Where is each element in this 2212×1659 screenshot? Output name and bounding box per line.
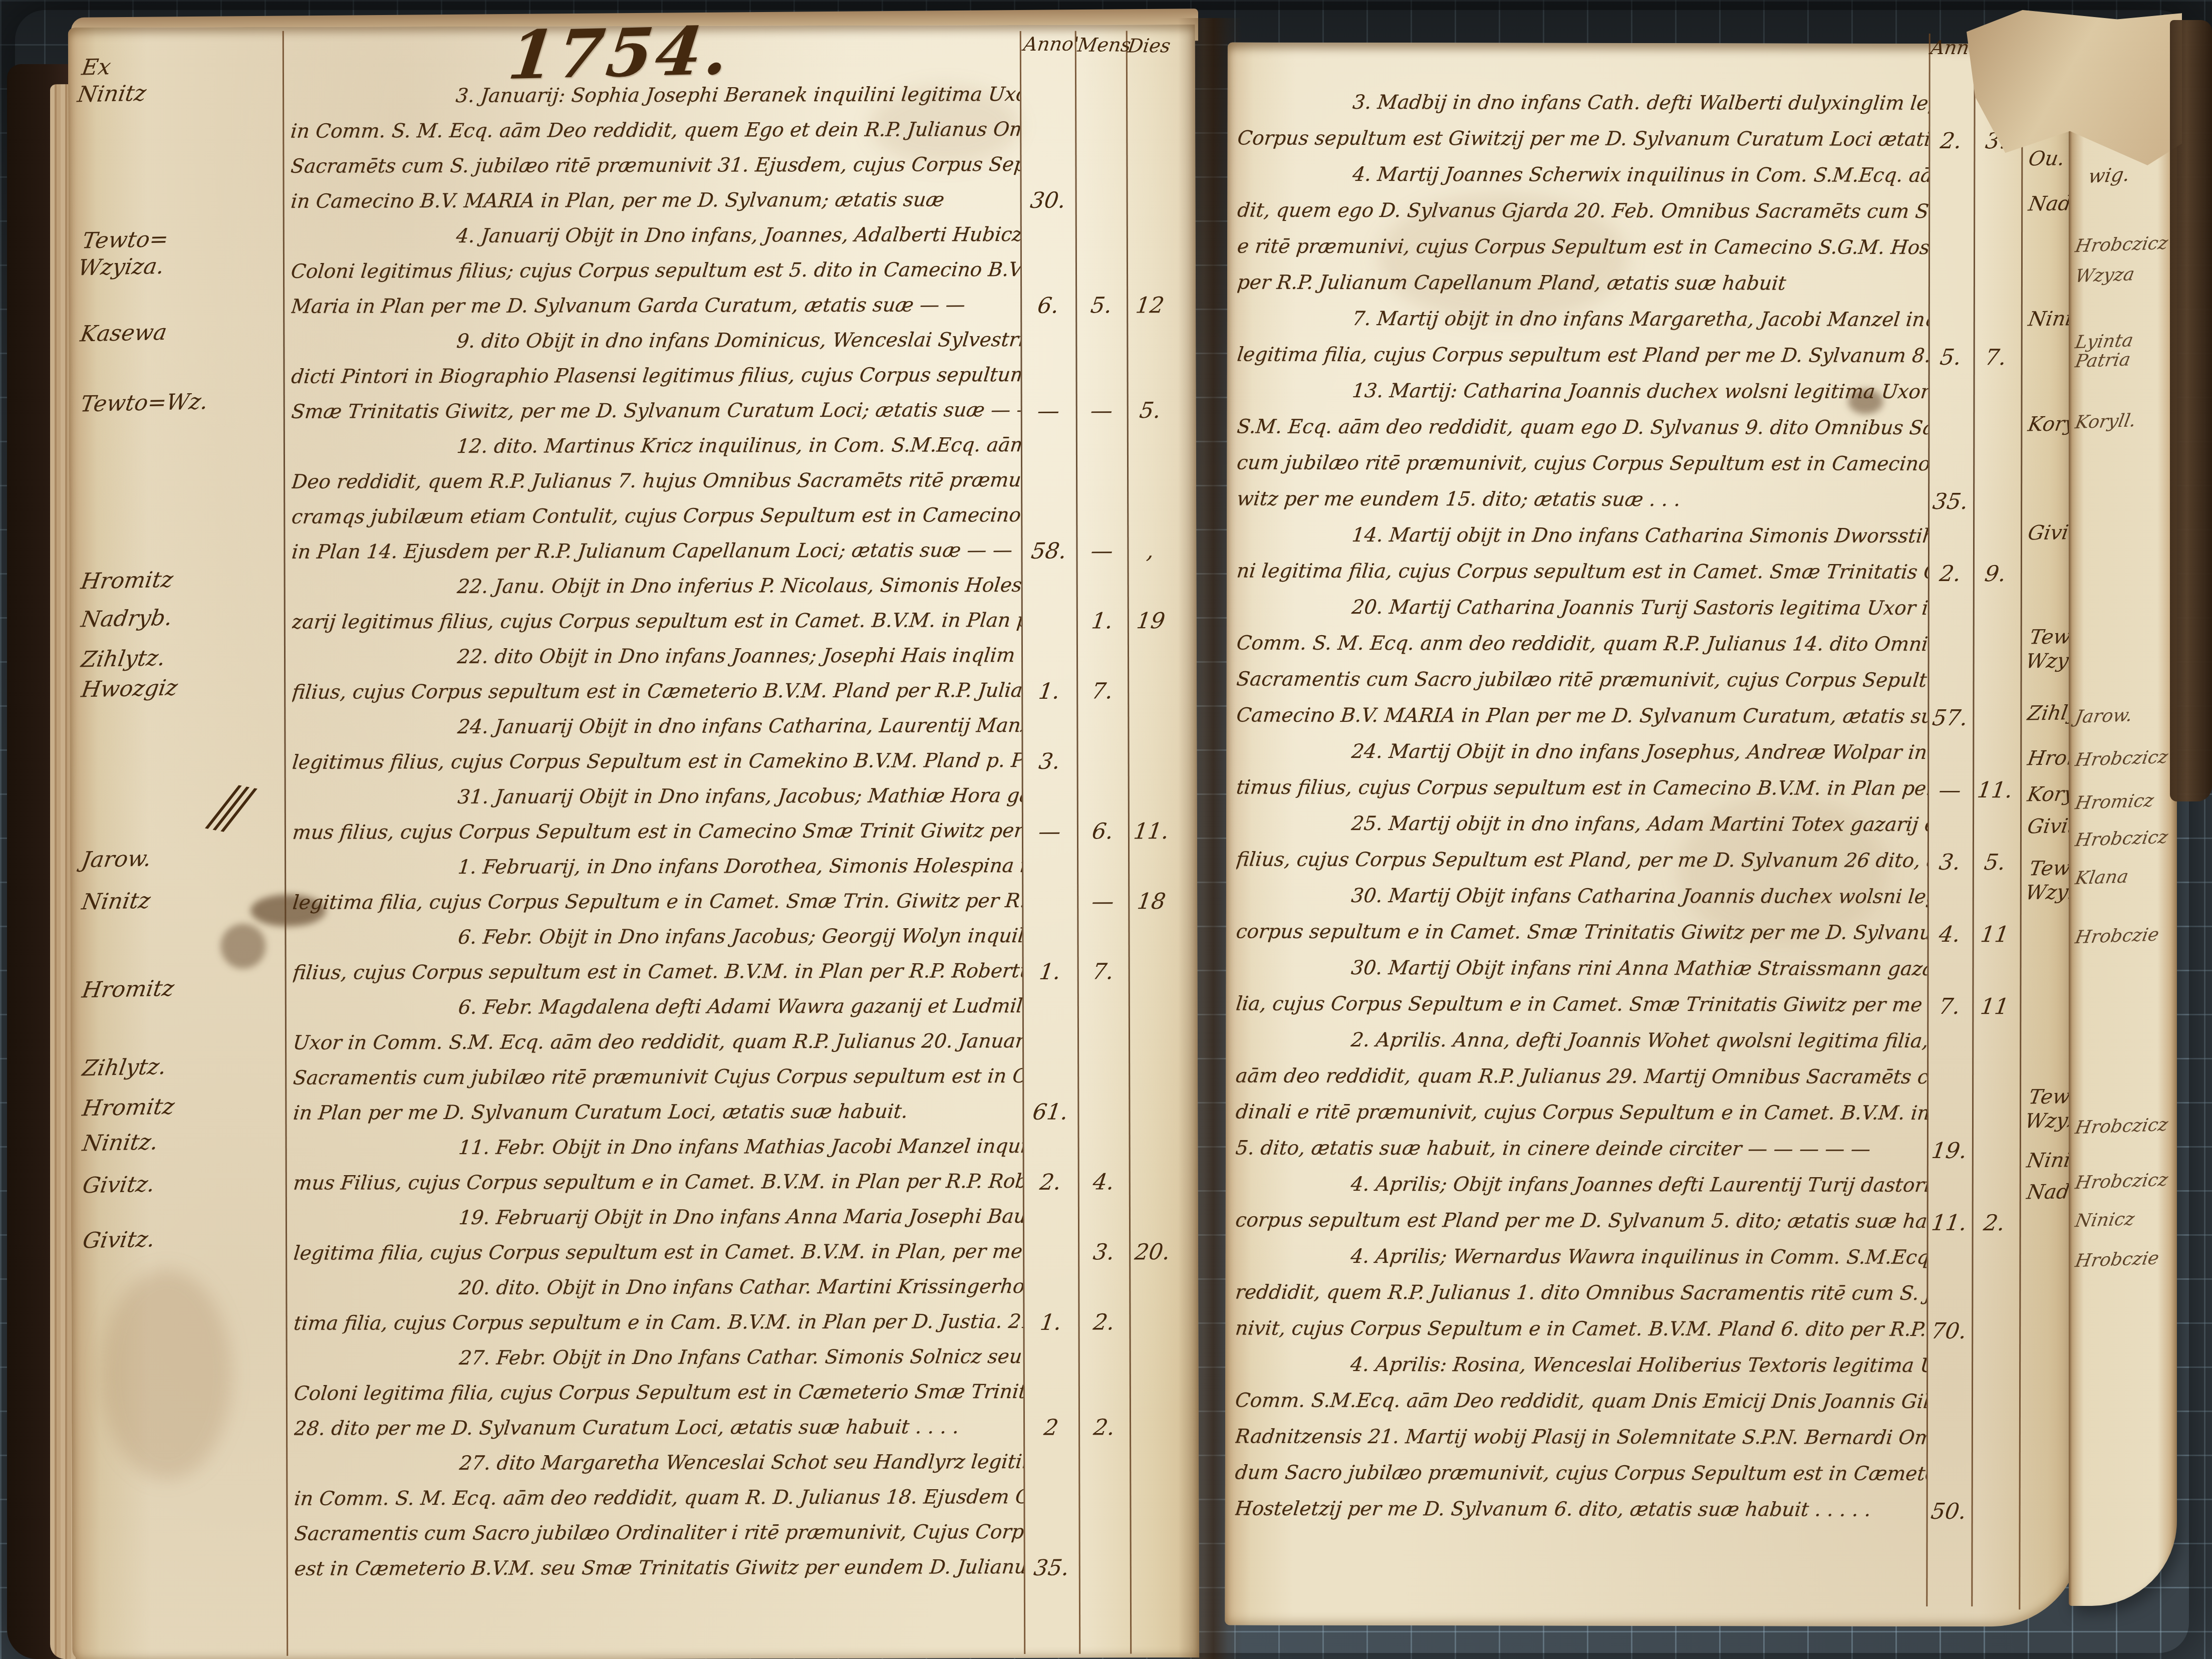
age-anno-value: 2. (1926, 561, 1974, 591)
age-anno-value: 61. (1020, 1099, 1079, 1129)
entry-line: 13. Martij: Catharina Joannis duchex wol… (1237, 373, 1928, 410)
margin-place-name: Ninitz. (81, 1126, 288, 1157)
entry-line: 6. Febr. Obijt in Dno infans Jacobus; Ge… (293, 919, 1022, 956)
entry-text: 3. Madbij in dno infans Cath. defti Walb… (1237, 85, 1928, 158)
age-dies-value: 5. (1125, 398, 1175, 427)
register-entry: 31. Januarij Obijt in Dno infans, Jacobu… (293, 778, 1174, 851)
entry-line: in Camecino B.V. MARIA in Plan, per me D… (291, 182, 1020, 219)
age-mens-value (1077, 1125, 1129, 1129)
age-mens-value: 2. (1076, 1309, 1131, 1339)
following-pages-edge: gerrn.wig. HrobcziczWzyzaLyintaPatriaKor… (2069, 64, 2177, 1606)
register-entry: 7. Martij obijt in dno infans Margaretha… (1237, 301, 2019, 375)
age-mens-value (1972, 298, 2019, 302)
entry-line: Maria in Plan per me D. Sylvanum Garda C… (291, 288, 1021, 325)
entry-line: mus filius, cujus Corpus Sepultum est in… (293, 813, 1022, 851)
margin-place-name: Hwozgiz (79, 672, 287, 703)
entry-text: 19. Februarij Obijt in Dno infans Anna M… (294, 1199, 1023, 1271)
register-entry: 3. Madbij in dno infans Cath. defti Walb… (1237, 85, 2019, 158)
margin-place-name-line: Tewto=Wz. (79, 387, 286, 418)
age-anno-value: 70. (1924, 1318, 1973, 1348)
margin-place-name-line: Jarow. (80, 843, 287, 874)
entry-line: legitima filia, cujus Corpus sepultum es… (294, 1234, 1023, 1271)
register-entry: 27. Febr. Obijt in Dno Infans Cathar. Si… (294, 1339, 1176, 1447)
dies-column-header: Dies (1127, 35, 1172, 57)
edge-margin-place-name: Hrobczie (2074, 924, 2173, 948)
entry-line: aām deo reddidit, quam R.P. Julianus 29.… (1236, 1058, 1927, 1095)
age-mens-value: 3. (1076, 1239, 1131, 1269)
age-anno-value: 5. (1926, 345, 1974, 374)
entry-line: 12. dito. Martinus Kricz inquilinus, in … (292, 428, 1021, 465)
edge-margin-place-name: Ninicz (2074, 1208, 2173, 1232)
margin-place-name: Tewto=Wz. (79, 387, 286, 418)
entry-line: 4. Aprilis: Rosina, Wenceslai Holiberius… (1235, 1347, 1927, 1384)
edge-text-fragment: wig. (2087, 163, 2131, 187)
entry-line: Comm. S.M.Ecq. aām Deo reddidit, quam Dn… (1235, 1383, 1927, 1420)
edge-margin-place-name: Hrobczicz (2074, 233, 2173, 257)
entry-text: 4. Martij Joannes Scherwix inquilinus in… (1237, 157, 1929, 302)
entry-line: 14. Martij obijt in Dno infans Catharina… (1237, 517, 1928, 555)
age-mens-value: 11 (1969, 922, 2019, 951)
age-anno-value: 2. (1926, 128, 1975, 158)
entry-line: 28. dito per me D. Sylvanum Curatum Loci… (294, 1410, 1024, 1447)
age-dies-value (1129, 1335, 1176, 1339)
entry-line: dum Sacro jubilæo præmunivit, cujus Corp… (1235, 1455, 1927, 1492)
edge-margin-place-name: Hrobczicz (2074, 747, 2173, 771)
age-anno-value: 35. (1022, 1555, 1081, 1585)
age-mens-value (1078, 1580, 1130, 1584)
margin-place-name-line: Hromitz (80, 973, 288, 1004)
entry-line: reddidit, quem R.P. Julianus 1. dito Omn… (1235, 1275, 1926, 1312)
entry-line: mus Filius, cujus Corpus sepultum e in C… (294, 1164, 1023, 1201)
entry-line: zarij legitimus filius, cujus Corpus sep… (292, 603, 1021, 640)
age-anno-value: 35. (1926, 489, 1974, 518)
entry-line: Deo reddidit, quem R.P. Julianus 7. huju… (292, 463, 1021, 500)
mens-column-header: Mens (1076, 34, 1132, 56)
entry-line: 24. Januarij Obijt in dno infans Cathari… (292, 708, 1021, 745)
age-dies-value: 20. (1127, 1239, 1177, 1269)
age-mens-value: — (1075, 889, 1130, 918)
register-entry: 24. Januarij Obijt in dno infans Cathari… (292, 708, 1174, 780)
entry-line: dinali e ritē præmunivit, cujus Corpus S… (1236, 1094, 1927, 1132)
margin-place-name-line: Zihlytz. (80, 1051, 288, 1082)
register-entry: 4. Aprilis; Wernardus Wawra inquilinus i… (1235, 1239, 2017, 1348)
entry-line: in Plan 14. Ejusdem per R.P. Julianum Ca… (292, 533, 1021, 570)
entry-line: 7. Martij obijt in dno infans Margaretha… (1237, 301, 1928, 338)
margin-place-name-line: Hromitz (81, 1091, 288, 1122)
edge-margin-place-name: Hrobczicz (2074, 827, 2173, 851)
age-anno-value: 57. (1925, 705, 1974, 735)
edge-margin-place-name: Patria (2074, 348, 2173, 372)
entry-line: 30. Martij Obijt infans Catharina Joanni… (1236, 878, 1927, 915)
entry-line: legitimus filius, cujus Corpus Sepultum … (292, 743, 1021, 780)
entry-line: 31. Januarij Obijt in Dno infans, Jacobu… (293, 778, 1022, 815)
register-entry: 13. Martij: Catharina Joannis duchex wol… (1237, 373, 2019, 519)
entry-text: 30. Martij Obijt infans Catharina Joanni… (1236, 878, 1927, 951)
register-entry: 4. Aprilis: Rosina, Wenceslai Holiberius… (1235, 1347, 2017, 1529)
entry-line: dicti Pintori in Biographio Plasensi leg… (291, 358, 1021, 395)
edge-margin-place-name: Hrobczicz (2074, 1115, 2173, 1139)
margin-place-name-line: Givitz. (81, 1223, 288, 1254)
entry-line: nivit, cujus Corpus Sepultum e in Camet.… (1235, 1311, 1926, 1348)
entry-line: Corpus sepultum est Giwitzij per me D. S… (1237, 121, 1928, 158)
entry-text: 4. Aprilis: Rosina, Wenceslai Holiberius… (1235, 1347, 1927, 1528)
entry-line: timus filius, cujus Corpus sepultum est … (1236, 770, 1927, 807)
age-mens-value (1075, 213, 1127, 217)
entry-text: 7. Martij obijt in dno infans Margaretha… (1237, 301, 1928, 374)
entry-line: 24. Martij Obijt in dno infans Josephus,… (1236, 734, 1927, 771)
left-page-entries: 3. Januarij: Sophia Josephi Beranek inqu… (291, 77, 1176, 1587)
age-mens-value (1971, 1344, 2017, 1348)
edge-margin-place-name: Hrobczie (2074, 1248, 2173, 1272)
entry-line: 4. Aprilis; Wernardus Wawra inquilinus i… (1235, 1239, 1926, 1276)
margin-place-name-line: Ex (80, 50, 287, 81)
age-dies-value: 19 (1126, 608, 1176, 638)
age-anno-value: 11. (1924, 1210, 1973, 1240)
entry-line: 20. Martij Catharina Joannis Turij Sasto… (1236, 590, 1928, 627)
age-dies-value (1130, 1580, 1176, 1584)
edge-margin-place-name: Jarow. (2074, 704, 2173, 728)
age-anno-value: 58. (1019, 538, 1078, 568)
age-mens-value (1971, 1164, 2017, 1168)
margin-place-name-line: Ninitz (80, 885, 287, 916)
entry-line: 11. Febr. Obijt in Dno infans Mathias Ja… (294, 1129, 1023, 1166)
entry-text: 30. Martij Obijt infans rini Anna Mathiæ… (1236, 950, 1927, 1023)
register-entry: 30. Martij Obijt infans rini Anna Mathiæ… (1236, 950, 2017, 1024)
age-mens-value: 5. (1073, 293, 1129, 322)
age-anno-value: — (1019, 398, 1078, 428)
age-anno-value: 4. (1925, 922, 1973, 951)
entry-line: in Plan per me D. Sylvanum Curatum Loci,… (293, 1094, 1023, 1131)
age-anno-value: 1. (1020, 959, 1079, 989)
age-mens-value: — (1074, 538, 1129, 568)
entry-line: 20. dito. Obijt in Dno infans Cathar. Ma… (294, 1269, 1023, 1306)
entry-line: Comm. S. M. Ecq. anm deo reddidit, quam … (1236, 626, 1928, 663)
age-dies-value (1129, 1125, 1175, 1129)
entry-line: 6. Febr. Magdalena defti Adami Wawra gaz… (293, 989, 1023, 1026)
entry-line: corpus sepultum e in Camet. Smæ Trinitat… (1236, 914, 1927, 951)
age-mens-value: — (1074, 398, 1129, 427)
register-entry: 14. Martij obijt in Dno infans Catharina… (1237, 517, 2018, 591)
entry-text: 4. Aprilis; Wernardus Wawra inquilinus i… (1235, 1239, 1926, 1348)
entry-line: lia, cujus Corpus Sepultum e in Camet. S… (1236, 986, 1927, 1023)
entry-line: filius, cujus Corpus Sepultum est Pland,… (1236, 842, 1927, 879)
margin-place-name: Hromitz (80, 973, 288, 1004)
register-entry: 12. dito. Martinus Kricz inquilinus, in … (292, 427, 1174, 570)
entry-line: Coloni legitimus filius; cujus Corpus se… (291, 252, 1021, 290)
margin-place-name: Zihlytz. (79, 642, 287, 673)
entry-line: witz per me eundem 15. dito; ætatis suæ … (1237, 481, 1928, 518)
register-entry: 6. Febr. Obijt in Dno infans Jacobus; Ge… (293, 918, 1174, 991)
age-dies-value: 18 (1126, 889, 1176, 918)
margin-place-name-line: Hromitz (79, 564, 287, 595)
entry-line: ni legitima filia, cujus Corpus sepultum… (1237, 554, 1928, 591)
entry-line: 4. Aprilis; Obijt infans Joannes defti L… (1236, 1167, 1927, 1204)
register-entry: 3. Januarij: Sophia Josephi Beranek inqu… (291, 77, 1173, 219)
age-mens-value: 7. (1074, 678, 1130, 708)
entry-line: 4. Martij Joannes Scherwix inquilinus in… (1237, 157, 1929, 194)
entry-text: 11. Febr. Obijt in Dno infans Mathias Ja… (294, 1129, 1023, 1201)
entry-line: 25. Martij obijt in dno infans, Adam Mar… (1236, 806, 1927, 843)
entry-text: 6. Febr. Magdalena defti Adami Wawra gaz… (293, 989, 1023, 1131)
age-mens-value: 11. (1970, 777, 2020, 807)
register-entry: 4. Aprilis; Obijt infans Joannes defti L… (1236, 1167, 2017, 1240)
margin-place-name-line: Tewto= (80, 223, 288, 254)
age-mens-value (1970, 1524, 2017, 1528)
entry-text: 4. Aprilis; Obijt infans Joannes defti L… (1236, 1167, 1927, 1240)
margin-place-name-line: Nadryb. (79, 602, 287, 633)
entry-text: 27. Febr. Obijt in Dno Infans Cathar. Si… (294, 1339, 1024, 1447)
entry-line: Smæ Trinitatis Giwitz, per me D. Sylvanu… (291, 393, 1021, 430)
entry-text: 20. Martij Catharina Joannis Turij Sasto… (1236, 590, 1928, 735)
entry-text: 22. Janu. Obijt in Dno inferius P. Nicol… (292, 568, 1021, 640)
age-mens-value: 4. (1076, 1169, 1131, 1199)
edge-margin-place-name: Hromicz (2074, 790, 2173, 814)
entry-line: Sacramentis cum Sacro jubilæo ritē præmu… (1236, 662, 1928, 699)
margin-place-name: Hromitz (79, 564, 287, 595)
margin-place-name-line: Givitz. (81, 1168, 288, 1199)
entry-text: 25. Martij obijt in dno infans, Adam Mar… (1236, 806, 1927, 879)
entry-text: 1. Februarij, in Dno infans Dorothea, Si… (293, 849, 1022, 921)
register-entry: 24. Martij Obijt in dno infans Josephus,… (1236, 734, 2018, 807)
left-margin-column: ExNinitz Tewto=Wzyiza. Kasewa Tewto=Wz. … (80, 27, 287, 1659)
entry-line: e ritē præmunivi, cujus Corpus Sepultum … (1237, 229, 1929, 266)
age-dies-value: 11. (1126, 818, 1176, 848)
entry-text: 9. dito Obijt in dno infans Dominicus, W… (291, 323, 1021, 430)
entry-line: legitima filia, cujus Corpus sepultum es… (1237, 337, 1928, 374)
age-dies-value (1128, 704, 1174, 708)
age-dies-value (1128, 984, 1175, 988)
right-book-cover-edge (2170, 20, 2212, 801)
entry-line: 9. dito Obijt in dno infans Dominicus, W… (291, 323, 1021, 360)
entry-line: corpus sepultum est Pland per me D. Sylv… (1236, 1203, 1927, 1240)
age-mens-value (1972, 514, 2019, 518)
age-anno-value: 3. (1020, 749, 1079, 778)
age-mens-value: 2. (1969, 1210, 2019, 1240)
age-anno-value (1022, 915, 1077, 919)
age-anno-value: — (1020, 819, 1079, 849)
entry-line: in Comm. S. M. Ecq. aām deo reddidit, qu… (294, 1480, 1024, 1517)
manuscript-photo: 1754. ExNinitz Tewto=Wzyiza. Kasewa Tewt… (0, 0, 2212, 1659)
age-anno-value: 30. (1018, 188, 1077, 217)
age-anno-value: 3. (1925, 850, 1974, 879)
entry-text: 24. Martij Obijt in dno infans Josephus,… (1236, 734, 1927, 807)
entry-line: 30. Martij Obijt infans rini Anna Mathiæ… (1236, 950, 1927, 987)
entry-line: Radnitzensis 21. Martij wobij Plasij in … (1235, 1419, 1927, 1456)
register-entry: 20. Martij Catharina Joannis Turij Sasto… (1236, 590, 2018, 735)
entry-line: 22. dito Obijt in Dno infans Joannes; Jo… (292, 638, 1021, 675)
entry-text: 24. Januarij Obijt in dno infans Cathari… (292, 708, 1021, 780)
left-register-page: 1754. ExNinitz Tewto=Wzyiza. Kasewa Tewt… (68, 25, 1200, 1659)
age-anno-value: 50. (1924, 1499, 1972, 1528)
margin-place-name-line: Ninitz (76, 77, 283, 108)
entry-text: 22. dito Obijt in Dno infans Joannes; Jo… (292, 638, 1021, 710)
register-entry: 20. dito. Obijt in Dno infans Cathar. Ma… (294, 1269, 1175, 1341)
age-mens-value: 6. (1075, 818, 1130, 848)
register-entry: 30. Martij Obijt infans Catharina Joanni… (1236, 878, 2018, 952)
age-mens-value: 2. (1076, 1415, 1132, 1444)
age-dies-value: , (1125, 538, 1175, 568)
entry-line: 2. Aprilis. Anna, defti Joannis Wohet qw… (1236, 1022, 1927, 1059)
age-dies-value (1126, 213, 1173, 217)
age-anno-value: 7. (1925, 994, 1973, 1023)
entry-line: Sacramentis cum Sacro jubilæo Ordinalite… (294, 1515, 1024, 1552)
right-page-entries: 3. Madbij in dno infans Cath. defti Walb… (1235, 85, 2019, 1529)
margin-place-name: Nadryb. (79, 602, 287, 633)
entry-text: 12. dito. Martinus Kricz inquilinus, in … (292, 428, 1021, 570)
right-register-page: Anno Mens Corny, sdies. Konsst. Ou. Nadr… (1225, 43, 2084, 1627)
entry-line: Coloni legitima filia, cujus Corpus Sepu… (294, 1374, 1024, 1412)
margin-place-name: Hromitz (81, 1091, 288, 1122)
register-entry: 11. Febr. Obijt in Dno infans Mathias Ja… (294, 1129, 1175, 1201)
entry-line: cum jubilæo ritē præmunivit, cujus Corpu… (1237, 445, 1928, 482)
anno-column-header: Anno' (1022, 33, 1080, 55)
age-anno-value: — (1925, 777, 1974, 807)
entry-text: 2. Aprilis. Anna, defti Joannis Wohet qw… (1236, 1022, 1927, 1168)
edge-margin-place-name: Wzyza (2074, 263, 2173, 287)
entry-line: per R.P. Julianum Capellanum Pland, ætat… (1237, 265, 1929, 302)
margin-place-name-line: Hwozgiz (79, 672, 287, 703)
entry-line: 19. Februarij Obijt in Dno infans Anna M… (294, 1199, 1023, 1236)
register-entry: 6. Febr. Magdalena defti Adami Wawra gaz… (293, 988, 1175, 1131)
entry-line: est in Cæmeterio B.V.M. seu Smæ Trinitat… (294, 1550, 1024, 1587)
margin-place-name: Zihlytz. (80, 1051, 288, 1082)
margin-place-name-line: Zihlytz. (79, 642, 287, 673)
margin-place-name: Jarow. (80, 843, 287, 874)
age-anno-value: 2 (1021, 1415, 1080, 1445)
margin-place-name: Tewto=Wzyiza. (76, 223, 288, 282)
margin-place-name: ExNinitz (76, 50, 287, 108)
age-anno-value: 1. (1019, 679, 1078, 708)
age-mens-value (1972, 731, 2018, 735)
register-entry: 1. Februarij, in Dno infans Dorothea, Si… (293, 848, 1174, 921)
register-entry: 25. Martij obijt in dno infans, Adam Mar… (1236, 806, 2018, 880)
margin-place-name: Givitz. (81, 1223, 288, 1254)
margin-place-name-line: Wzyiza. (76, 250, 284, 282)
cancellation-strokes-mark: /// (200, 773, 261, 842)
entry-line: cramqs jubilæum etiam Contulit, cujus Co… (292, 498, 1021, 535)
entry-line: 3. Januarij: Sophia Josephi Beranek inqu… (291, 77, 1020, 114)
register-entry: 4. Januarij Obijt in Dno infans, Joannes… (291, 217, 1173, 325)
register-entry: 4. Martij Joannes Scherwix inquilinus in… (1237, 157, 2019, 303)
open-register-book: 1754. ExNinitz Tewto=Wzyiza. Kasewa Tewt… (0, 0, 2212, 1659)
entry-line: Uxor in Comm. S.M. Ecq. aām deo reddidit… (293, 1024, 1023, 1061)
age-dies-value: 12 (1125, 293, 1175, 322)
margin-place-name: Ninitz (80, 885, 287, 916)
entry-line: tima filia, cujus Corpus sepultum e in C… (294, 1304, 1023, 1341)
age-mens-value (1076, 774, 1128, 778)
entry-line: Camecino B.V. MARIA in Plan per me D. Sy… (1236, 698, 1928, 735)
register-entry: 22. dito Obijt in Dno infans Joannes; Jo… (292, 638, 1174, 710)
entry-text: 6. Febr. Obijt in Dno infans Jacobus; Ge… (293, 919, 1022, 991)
register-entry: 27. dito Margaretha Wenceslai Schot seu … (294, 1444, 1176, 1587)
age-anno-value (1928, 298, 1973, 302)
entry-line: 5. dito, ætatis suæ habuit, in cinere de… (1236, 1131, 1927, 1168)
entry-line: dit, quem ego D. Sylvanus Gjarda 20. Feb… (1237, 193, 1929, 230)
age-anno-value (1021, 634, 1076, 638)
age-anno-value: 1. (1021, 1310, 1080, 1339)
entry-line: 27. Febr. Obijt in Dno Infans Cathar. Si… (294, 1339, 1024, 1376)
age-dies-value (1129, 1195, 1175, 1199)
age-anno-value (1023, 1265, 1078, 1269)
entry-line: Sacramēts cum S. jubilæo ritē præmunivit… (291, 147, 1020, 184)
register-entry: 22. Janu. Obijt in Dno inferius P. Nicol… (292, 568, 1174, 640)
age-anno-value: 2. (1021, 1170, 1080, 1199)
margin-place-name: Givitz. (81, 1168, 288, 1199)
edge-margin-place-name: Koryll. (2074, 409, 2173, 433)
entry-line: in Comm. S. M. Ecq. aām Deo reddidit, qu… (291, 112, 1020, 149)
age-mens-value: 9. (1970, 561, 2020, 591)
age-dies-value (1128, 774, 1174, 778)
age-dies-value (1130, 1440, 1176, 1444)
register-entry: 9. dito Obijt in dno infans Dominicus, W… (291, 322, 1173, 430)
entry-line: 27. dito Margaretha Wenceslai Schot seu … (294, 1445, 1024, 1482)
entry-text: 3. Januarij: Sophia Josephi Beranek inqu… (291, 77, 1020, 219)
entry-text: 13. Martij: Catharina Joannis duchex wol… (1237, 373, 1928, 518)
register-entry: 2. Aprilis. Anna, defti Joannis Wohet qw… (1236, 1022, 2018, 1168)
margin-place-name: Kasewa (79, 317, 286, 348)
age-mens-value: 5. (1970, 850, 2020, 879)
entry-text: 20. dito. Obijt in Dno infans Cathar. Ma… (294, 1269, 1023, 1341)
margin-place-name-line: Kasewa (79, 317, 286, 348)
entry-line: Hosteletzij per me D. Sylvanum 6. dito, … (1235, 1491, 1927, 1528)
entry-line: S.M. Ecq. aām deo reddidit, quam ego D. … (1237, 409, 1928, 446)
age-anno-value: 6. (1018, 293, 1077, 323)
entry-text: 4. Januarij Obijt in Dno infans, Joannes… (291, 217, 1021, 325)
age-mens-value: 1. (1074, 608, 1130, 638)
entry-text: 27. dito Margaretha Wenceslai Schot seu … (294, 1445, 1024, 1587)
entry-line: 4. Januarij Obijt in Dno infans, Joannes… (291, 217, 1021, 254)
entry-line: 22. Janu. Obijt in Dno inferius P. Nicol… (292, 568, 1021, 605)
age-anno-value: 19. (1925, 1138, 1973, 1168)
edge-margin-place-name: Klana (2074, 865, 2173, 889)
register-entry: 19. Februarij Obijt in Dno infans Anna M… (294, 1199, 1175, 1271)
entry-line: filius, cujus Corpus sepultum est in Cam… (293, 954, 1022, 991)
margin-column-rule (2019, 32, 2023, 1609)
age-mens-value: 11 (1969, 994, 2019, 1023)
entry-line: 3. Madbij in dno infans Cath. defti Walb… (1237, 85, 1928, 122)
entry-line: filius, cujus Corpus sepultum est in Cæm… (292, 673, 1021, 710)
edge-margin-place-name: Hrobczicz (2074, 1170, 2173, 1194)
age-mens-value: 7. (1075, 959, 1131, 988)
age-mens-value: 7. (1970, 345, 2020, 374)
entry-line: Sacramentis cum jubilæo ritē præmunivit … (293, 1059, 1023, 1096)
margin-place-name-line: Ninitz. (81, 1126, 288, 1157)
entry-line: 1. Februarij, in Dno infans Dorothea, Si… (293, 849, 1022, 886)
entry-line: legitima filia, cujus Corpus Sepultum e … (293, 884, 1022, 921)
entry-text: 31. Januarij Obijt in Dno infans, Jacobu… (293, 778, 1022, 851)
entry-text: 14. Martij obijt in Dno infans Catharina… (1237, 517, 1928, 591)
